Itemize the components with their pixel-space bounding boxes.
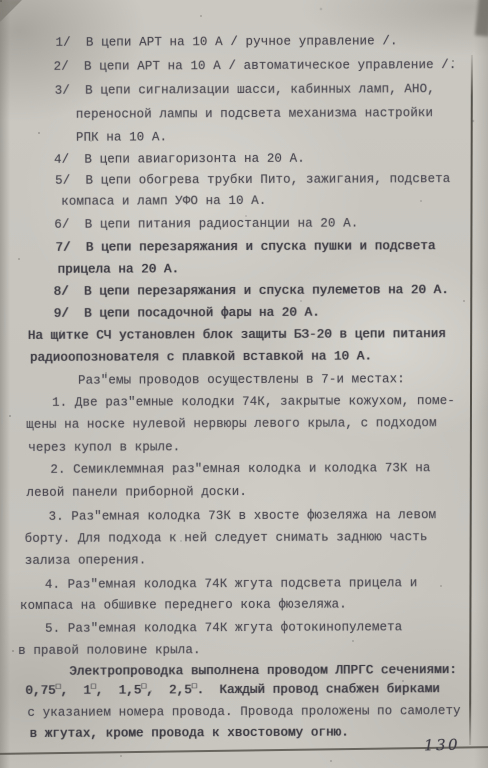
text-line: компаса и ламп УФО на 10 А. [61,193,266,210]
text-line: прицела на 20 А. [57,261,179,278]
text-line: в жгутах, кроме провода к хвостовому огн… [29,725,348,742]
text-line: 0,75□, 1□, 1,5□, 2,5□. Каждый провод сна… [25,681,440,699]
squared-section-mark: □ [141,682,146,691]
text-line: 5. Раз"емная колодка 74К жгута фотокиноп… [45,619,402,637]
text-line: Раз"емы проводов осуществлены в 7-и мест… [78,371,405,388]
text-line: 3/ В цепи сигнализации шасси, кабинных л… [55,81,435,99]
text-line: радиоопознователя с плавкой вставкой на … [30,348,372,365]
text-line: На щитке СЧ установлен блок защиты БЗ-20… [28,326,446,344]
text-line: щены на носке нулевой нервюры левого кры… [26,415,437,433]
text-line: переносной лампы и подсвета механизма на… [76,105,433,123]
text-line: 2/ В цепи АРТ на 10 А / автоматическое у… [54,57,457,75]
text-line: 9/ В цепи посадочной фары на 20 А. [54,305,320,322]
text-line: 2. Семиклеммная раз"емная колодка и коло… [50,460,430,478]
text-line: компаса на обшивке переднего кока фюзеля… [20,597,347,614]
text-line: 4/ В цепи авиагоризонта на 20 А. [54,151,305,168]
typewritten-text-block: 1/ В цепи АРТ на 10 А / ручное управлени… [0,0,488,768]
squared-section-mark: □ [91,683,96,692]
text-line: 6/ В цепи питания радиостанции на 20 А. [54,215,358,232]
text-line: РПК на 10 А. [76,129,167,145]
text-line: 3. Раз"емная колодка 73К в хвосте фюзеля… [49,507,437,525]
text-line: 7/ В цепи перезаряжания и спуска пушки и… [55,238,435,256]
text-line: 8/ В цепи перезаряжания и спуска пулемет… [54,282,449,300]
text-line: через купол в крыле. [28,439,180,456]
text-line: 1. Две раз"емные колодки 74К, закрытые к… [52,393,455,411]
text-line: Электропроводка выполнена проводом ЛПРГС… [69,662,457,680]
text-line: борту. Для подхода к ней следует снимать… [25,529,428,547]
page-number: 130 [424,736,460,755]
scanned-document-page: 1/ В цепи АРТ на 10 А / ручное управлени… [0,0,488,768]
squared-section-mark: □ [192,682,197,691]
squared-section-mark: □ [56,683,61,692]
text-line: в правой половине крыла. [18,642,201,659]
text-line: зализа оперения. [25,552,147,569]
text-line: 1/ В цепи АРТ на 10 А / ручное управлени… [55,33,397,50]
text-line: с указанием номера провода. Провода прол… [27,703,460,721]
text-line: 4. Раз"емная колодка 74К жгута подсвета … [45,575,418,593]
text-line: левой панели приборной доски. [26,484,247,501]
text-line: 5/ В цепи обогрева трубки Пито, зажигани… [55,171,450,189]
